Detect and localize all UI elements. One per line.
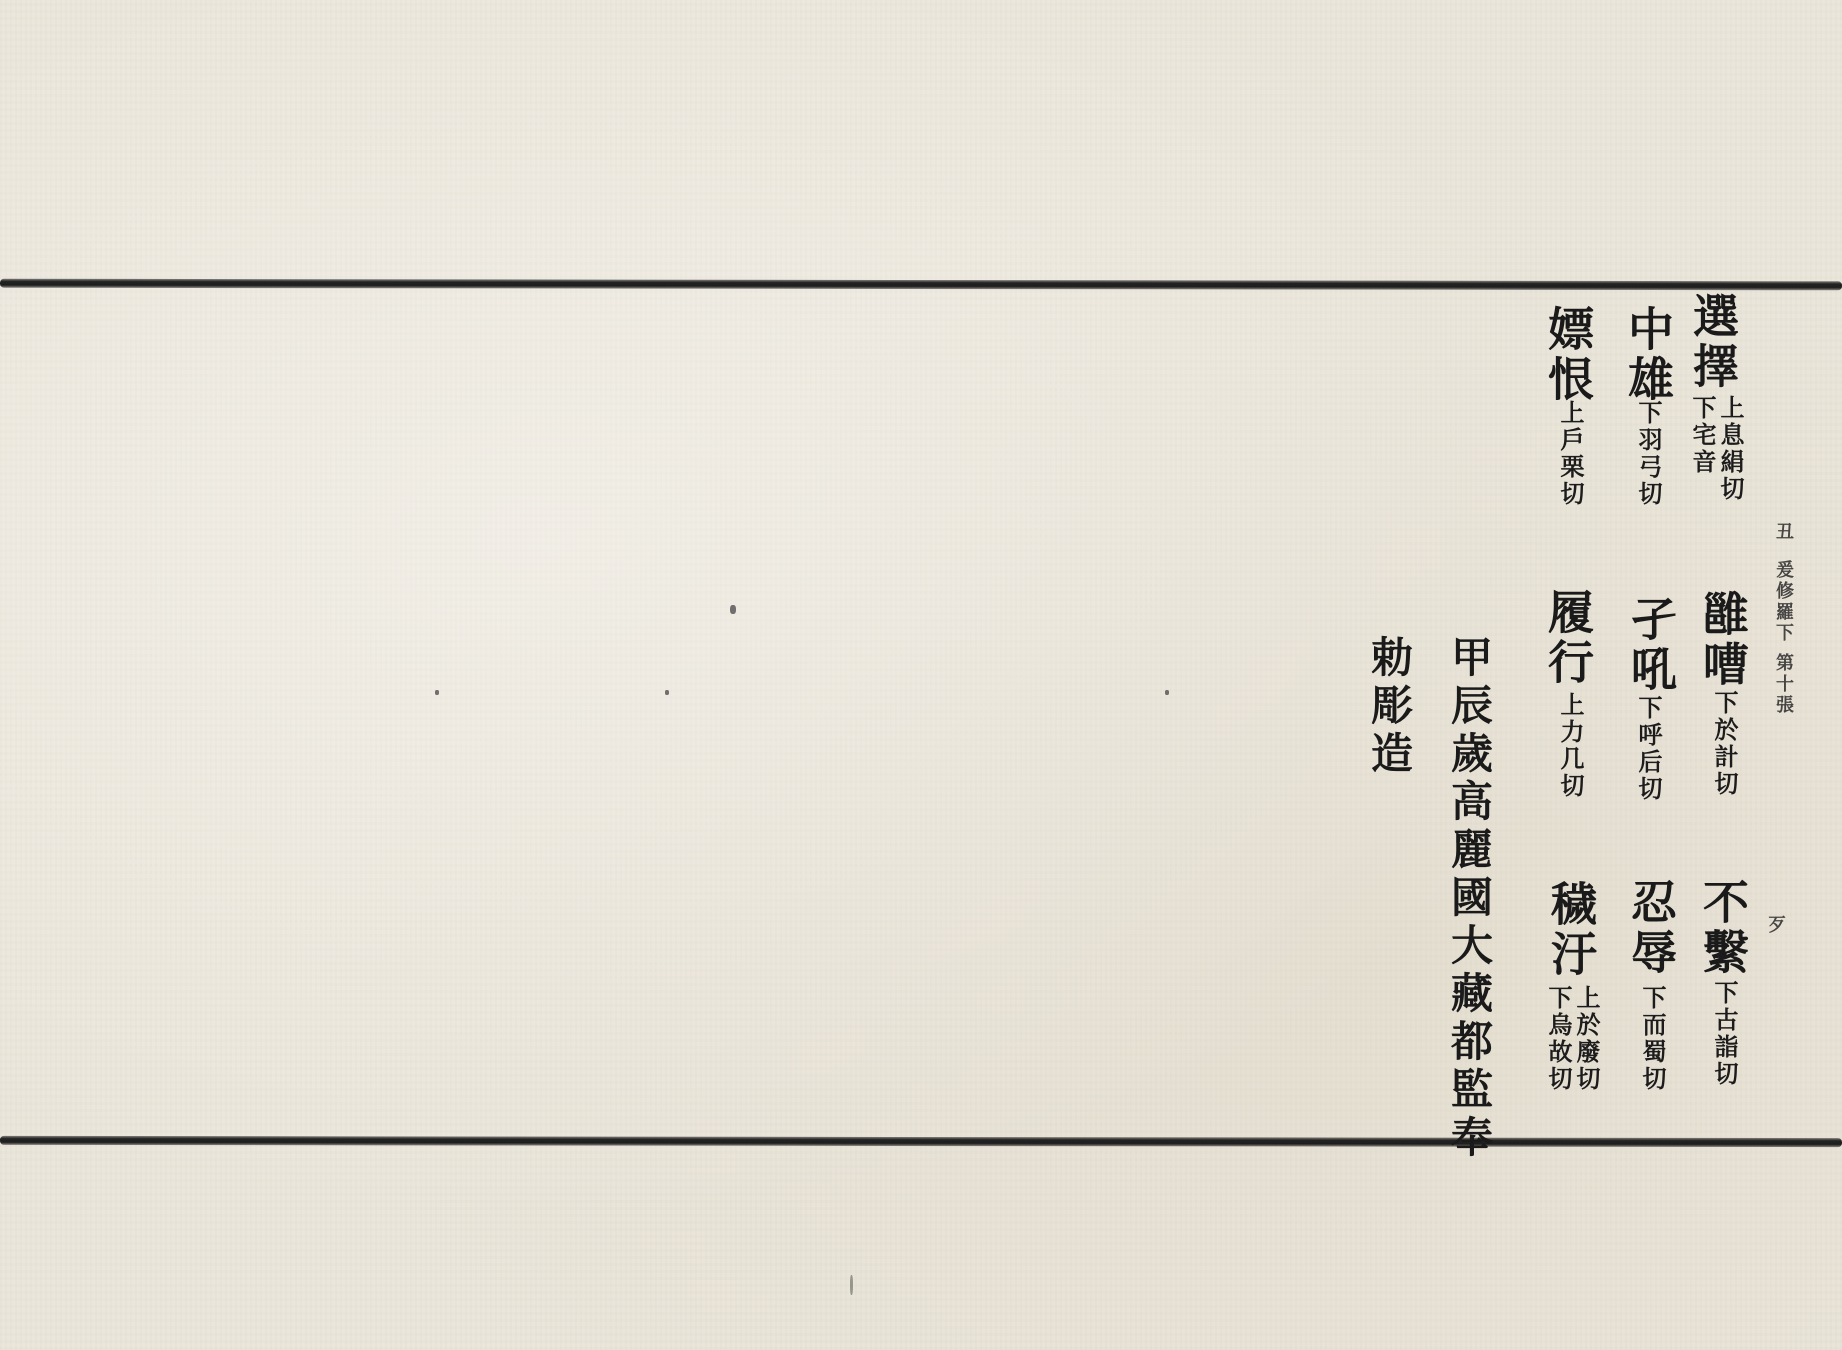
ink-speck bbox=[665, 690, 669, 695]
entry-gloss-upper: 上息絹切 bbox=[1718, 395, 1742, 503]
entry-9-gloss: 上於廢切 下烏故切 bbox=[1546, 985, 1598, 1093]
entry-2-gloss: 下於計切 bbox=[1712, 690, 1736, 798]
entry-gloss: 下於計切 bbox=[1712, 690, 1736, 798]
margin-note-upper: 丑 bbox=[1770, 522, 1796, 543]
entry-7-gloss: 上戶栗切 bbox=[1558, 400, 1582, 508]
entry-8-gloss: 上力几切 bbox=[1558, 692, 1582, 800]
entry-6-gloss: 下而蜀切 bbox=[1640, 985, 1664, 1093]
entry-3-gloss: 下古詣切 bbox=[1712, 980, 1736, 1088]
colophon-line-2: 勅彫造 bbox=[1368, 635, 1410, 779]
entry-headword: 雝嘈 bbox=[1700, 590, 1746, 690]
entry-1-gloss: 上息絹切 下宅音 bbox=[1690, 395, 1742, 503]
entry-gloss: 下而蜀切 bbox=[1640, 985, 1664, 1093]
entry-5: 孑吼 bbox=[1628, 595, 1674, 695]
entry-5-gloss: 下呼后切 bbox=[1636, 695, 1660, 803]
entry-6: 忍辱 bbox=[1628, 878, 1674, 978]
entry-4-gloss: 下羽弓切 bbox=[1636, 400, 1660, 508]
entry-1: 選擇 bbox=[1690, 292, 1736, 392]
entry-gloss-lower: 下烏故切 bbox=[1546, 985, 1570, 1093]
entry-headword: 忍辱 bbox=[1628, 878, 1674, 978]
entry-headword: 履行 bbox=[1545, 588, 1591, 688]
entry-7: 嫖恨 bbox=[1545, 305, 1591, 405]
entry-gloss: 下羽弓切 bbox=[1636, 400, 1660, 508]
entry-headword: 選擇 bbox=[1690, 292, 1736, 392]
margin-note-lower: 歹 bbox=[1762, 915, 1788, 936]
entry-gloss: 上力几切 bbox=[1558, 692, 1582, 800]
margin-note-chapter: 爰修羅下 第十張 bbox=[1770, 560, 1796, 716]
entry-headword: 穢汙 bbox=[1548, 880, 1594, 980]
entry-4: 中雄 bbox=[1625, 305, 1671, 405]
entry-headword: 中雄 bbox=[1625, 305, 1671, 405]
entry-headword: 不繫 bbox=[1700, 878, 1746, 978]
entry-gloss-upper: 上於廢切 bbox=[1574, 985, 1598, 1093]
entry-gloss-lower: 下宅音 bbox=[1690, 395, 1714, 503]
colophon-line-1: 甲辰歲高麗國大藏都監奉 bbox=[1448, 635, 1490, 1163]
entry-headword: 嫖恨 bbox=[1545, 305, 1591, 405]
entry-gloss: 下古詣切 bbox=[1712, 980, 1736, 1088]
entry-gloss: 下呼后切 bbox=[1636, 695, 1660, 803]
entry-3: 不繫 bbox=[1700, 878, 1746, 978]
ink-scratch bbox=[850, 1275, 853, 1295]
entry-8: 履行 bbox=[1545, 588, 1591, 688]
entry-9: 穢汙 bbox=[1548, 880, 1594, 980]
ink-speck bbox=[435, 690, 439, 695]
entry-gloss: 上戶栗切 bbox=[1558, 400, 1582, 508]
entry-headword: 孑吼 bbox=[1628, 595, 1674, 695]
entry-2: 雝嘈 bbox=[1700, 590, 1746, 690]
ink-speck bbox=[1165, 690, 1169, 695]
ink-speck bbox=[730, 605, 736, 614]
